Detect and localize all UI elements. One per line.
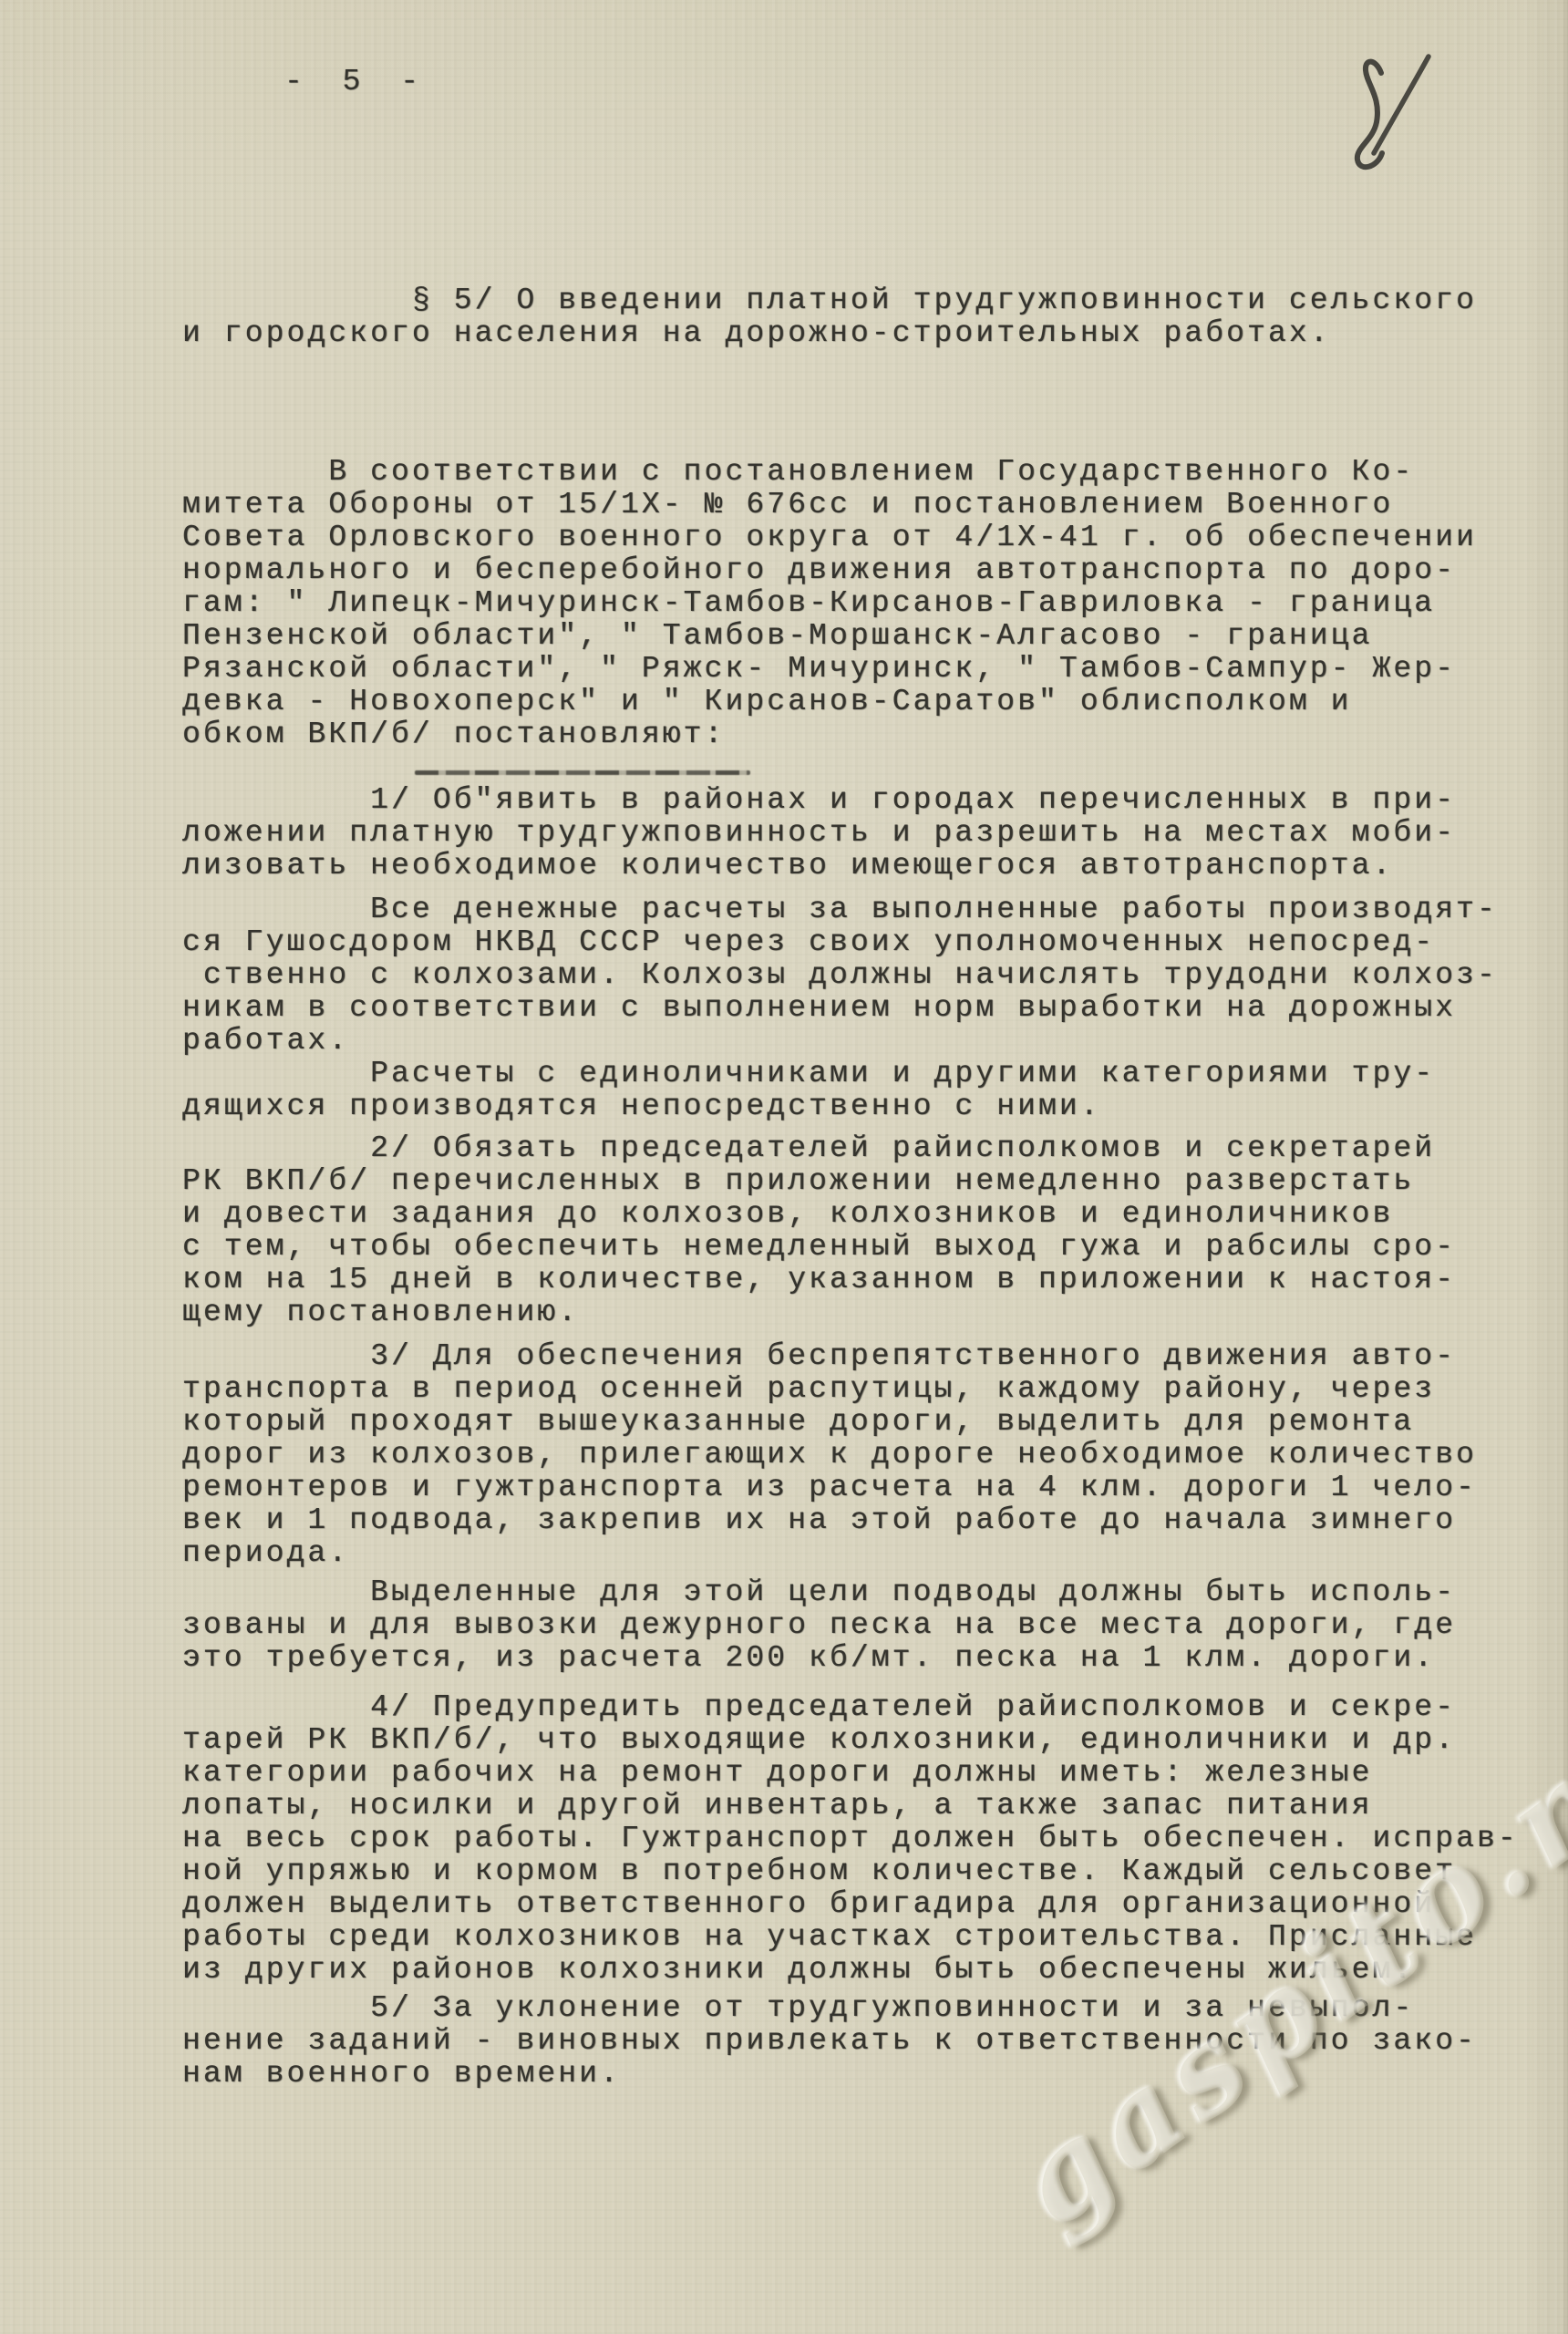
paragraph-payments: Все денежные расчеты за выполненные рабо… (182, 893, 1498, 1058)
page-number: - 5 - (284, 66, 429, 98)
scanned-document-page: - 5 - § 5/ О введении платной трудгужпов… (0, 0, 1568, 2334)
paragraph-item-1: 1/ Об"явить в районах и городах перечисл… (182, 784, 1456, 883)
section-heading: § 5/ О введении платной трудгужповинност… (182, 284, 1477, 350)
paragraph-sand-carts: Выделенные для этой цели подводы должны … (182, 1576, 1456, 1675)
paragraph-item-2: 2/ Обязать председателей райисполкомов и… (182, 1132, 1456, 1329)
paragraph-individual-settlements: Расчеты с единоличниками и другими катег… (182, 1058, 1435, 1123)
paragraph-preamble: В соответствии с постановлением Государс… (182, 456, 1477, 751)
underline-smudge (415, 770, 750, 775)
handwritten-mark-icon (1326, 46, 1445, 201)
paragraph-item-3: 3/ Для обеспечения беспрепятственного дв… (182, 1340, 1477, 1570)
